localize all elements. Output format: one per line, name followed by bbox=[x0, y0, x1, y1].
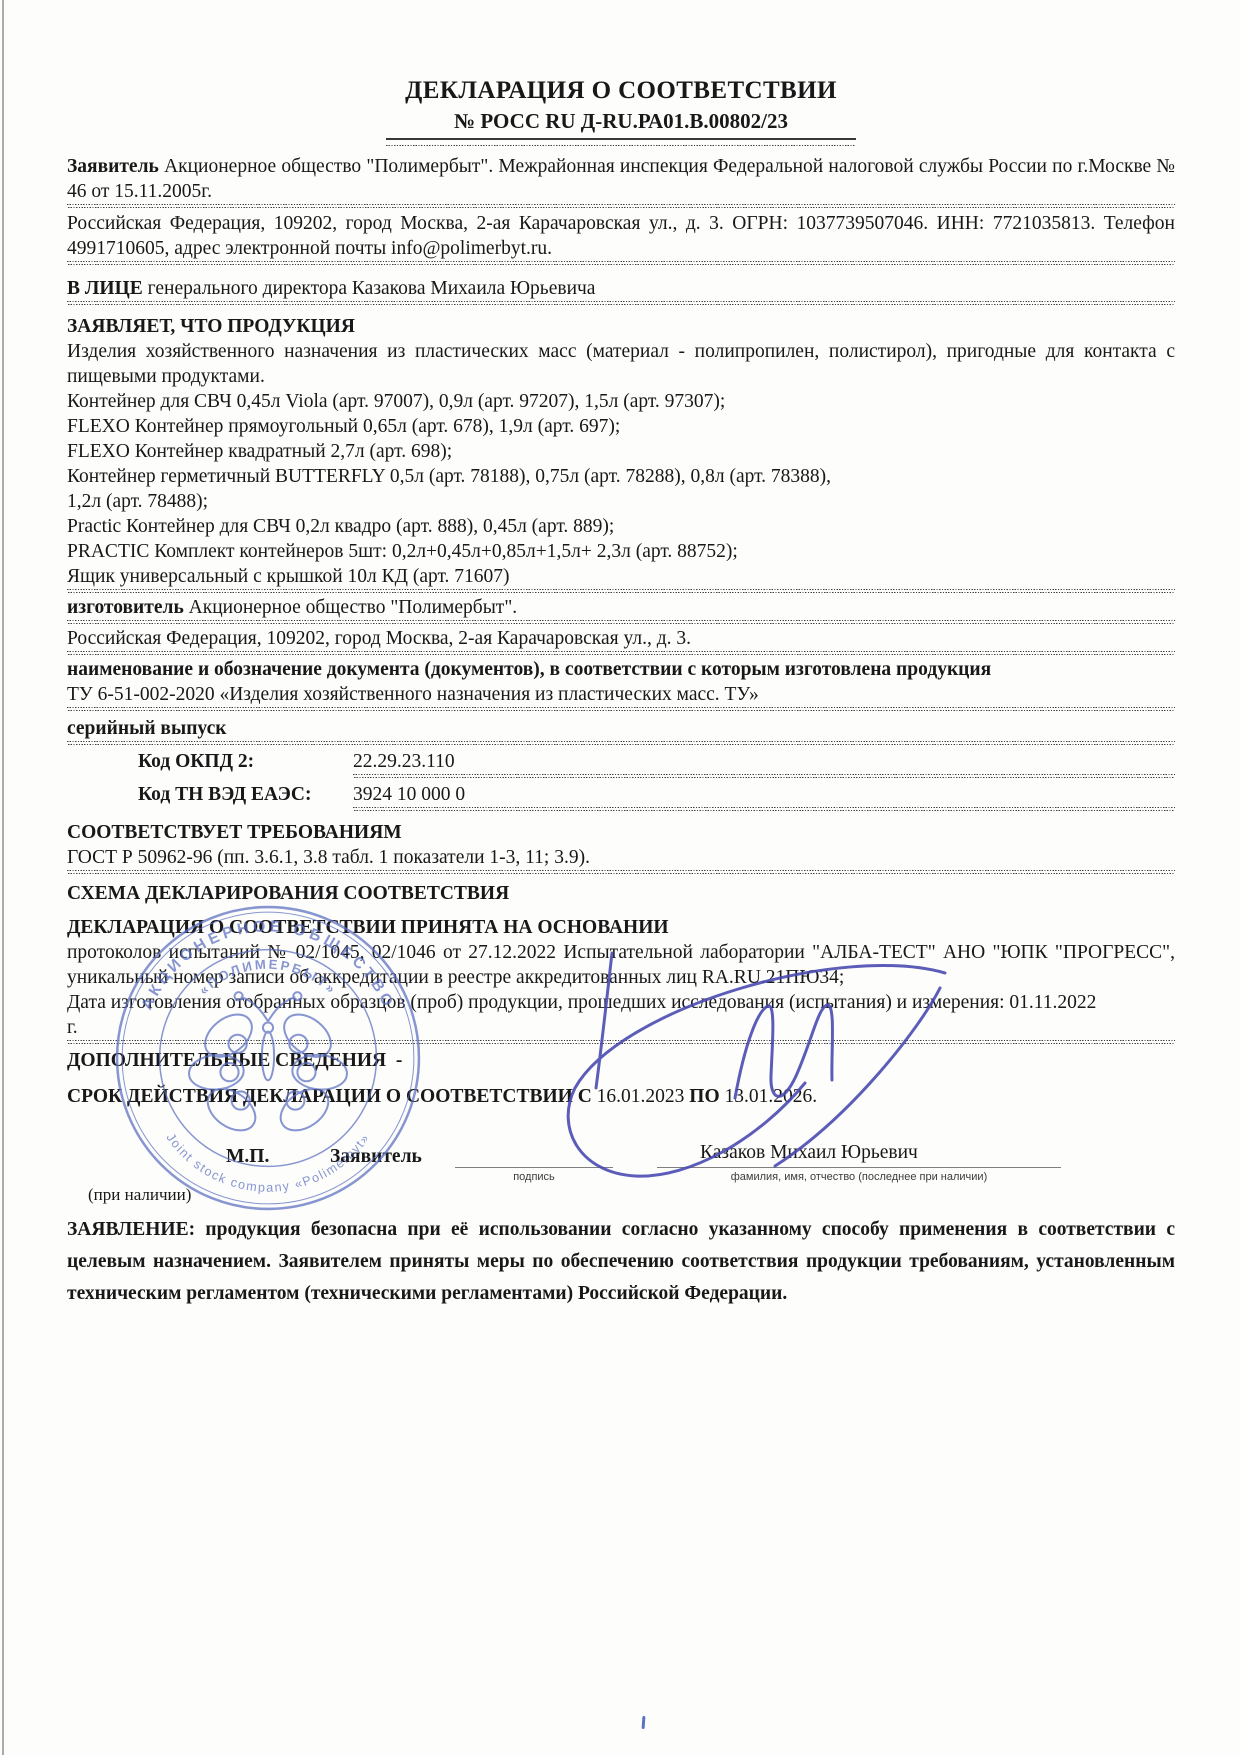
statement-label: ЗАЯВЛЕНИЕ: bbox=[67, 1219, 195, 1240]
product-line: FLEXO Контейнер квадратный 2,7л (арт. 69… bbox=[67, 439, 1175, 464]
statement-paragraph: ЗАЯВЛЕНИЕ: продукция безопасна при её ис… bbox=[67, 1214, 1175, 1310]
product-line: FLEXO Контейнер прямоугольный 0,65л (арт… bbox=[67, 414, 1175, 439]
validity-from-date: 16.01.2023 bbox=[597, 1086, 685, 1107]
validity-po: ПО bbox=[689, 1086, 719, 1107]
serial-release: серийный выпуск bbox=[67, 716, 1175, 745]
declares-heading: ЗАЯВЛЯЕТ, ЧТО ПРОДУКЦИЯ bbox=[67, 314, 1175, 339]
ink-mark-artifact bbox=[642, 1716, 646, 1729]
docs-value: ТУ 6-51-002-2020 «Изделия хозяйственного… bbox=[67, 682, 1175, 711]
basis-protocols: протоколов испытаний № 02/1045, 02/1046 … bbox=[67, 940, 1175, 990]
validity-line: СРОК ДЕЙСТВИЯ ДЕКЛАРАЦИИ О СООТВЕТСТВИИ … bbox=[67, 1084, 817, 1109]
product-line: Контейнер герметичный BUTTERFLY 0,5л (ар… bbox=[67, 464, 1175, 489]
okpd-value: 22.29.23.110 bbox=[353, 749, 1175, 778]
okpd-code-row: Код ОКПД 2: 22.29.23.110 bbox=[67, 749, 1175, 778]
product-line: Practic Контейнер для СВЧ 0,2л квадро (а… bbox=[67, 514, 1175, 539]
validity-prefix: СРОК ДЕЙСТВИЯ ДЕКЛАРАЦИИ О СООТВЕТСТВИИ … bbox=[67, 1086, 592, 1107]
manufacturer-label: изготовитель bbox=[67, 597, 184, 618]
okpd-label: Код ОКПД 2: bbox=[67, 749, 353, 778]
compliance-heading: СООТВЕТСТВУЕТ ТРЕБОВАНИЯМ bbox=[67, 820, 1175, 845]
signature-rule bbox=[455, 1167, 613, 1168]
product-description: Изделия хозяйственного назначения из пла… bbox=[67, 339, 1175, 389]
applicant-label: Заявитель bbox=[67, 156, 159, 177]
tnved-label: Код ТН ВЭД ЕАЭС: bbox=[67, 782, 353, 811]
declaration-document-page: ДЕКЛАРАЦИЯ О СООТВЕТСТВИИ № РОСС RU Д-RU… bbox=[0, 0, 1240, 1755]
additional-info-heading: ДОПОЛНИТЕЛЬНЫЕ СВЕДЕНИЯ - bbox=[67, 1048, 402, 1073]
signer-name: Казаков Михаил Юрьевич bbox=[700, 1140, 918, 1165]
compliance-text: ГОСТ Р 50962-96 (пп. 3.6.1, 3.8 табл. 1 … bbox=[67, 845, 1175, 874]
declaration-number: № РОСС RU Д-RU.РА01.В.00802/23 bbox=[67, 108, 1175, 135]
tnved-value: 3924 10 000 0 bbox=[353, 782, 1175, 811]
in-person-label: В ЛИЦЕ bbox=[67, 278, 143, 299]
basis-sample-date: Дата изготовления отобранных образцов (п… bbox=[67, 990, 1175, 1015]
mp-label: М.П. bbox=[226, 1144, 269, 1169]
manufacturer-paragraph: изготовитель Акционерное общество "Полим… bbox=[67, 595, 1175, 624]
signer-name-rule bbox=[657, 1167, 1061, 1168]
applicant-text: Акционерное общество "Полимербыт". Межра… bbox=[67, 156, 1175, 202]
validity-to-date: 13.01.2026. bbox=[725, 1086, 818, 1107]
in-person-paragraph: В ЛИЦЕ генерального директора Казакова М… bbox=[67, 276, 1175, 305]
product-line: PRACTIC Комплект контейнеров 5шт: 0,2л+0… bbox=[67, 539, 1175, 564]
in-person-text: генерального директора Казакова Михаила … bbox=[148, 278, 596, 299]
scan-edge-artifact bbox=[2, 0, 4, 1755]
basis-heading: ДЕКЛАРАЦИЯ О СООТВЕТСТВИИ ПРИНЯТА НА ОСН… bbox=[67, 915, 1175, 940]
product-line: Контейнер для СВЧ 0,45л Viola (арт. 9700… bbox=[67, 389, 1175, 414]
additional-info-label: ДОПОЛНИТЕЛЬНЫЕ СВЕДЕНИЯ bbox=[67, 1050, 386, 1071]
applicant-address: Российская Федерация, 109202, город Моск… bbox=[67, 211, 1175, 265]
statement-text: продукция безопасна при её использовании… bbox=[67, 1219, 1175, 1304]
basis-sample-date-tail: г. bbox=[67, 1015, 1175, 1044]
product-line: Ящик универсальный с крышкой 10л КД (арт… bbox=[67, 564, 1175, 593]
additional-info-value: - bbox=[396, 1050, 403, 1071]
product-line: 1,2л (арт. 78488); bbox=[67, 489, 1175, 514]
applicant-sign-label: Заявитель bbox=[330, 1144, 422, 1169]
number-underline bbox=[386, 138, 856, 146]
if-available-note: (при наличии) bbox=[88, 1182, 191, 1207]
signer-name-caption: фамилия, имя, отчество (последнее при на… bbox=[657, 1171, 1061, 1183]
signature-caption: подпись bbox=[455, 1171, 613, 1183]
docs-heading: наименование и обозначение документа (до… bbox=[67, 657, 1175, 682]
scheme-heading: СХЕМА ДЕКЛАРИРОВАНИЯ СООТВЕТСТВИЯ bbox=[67, 881, 1175, 906]
tnved-code-row: Код ТН ВЭД ЕАЭС: 3924 10 000 0 bbox=[67, 782, 1175, 811]
manufacturer-text: Акционерное общество "Полимербыт". bbox=[189, 597, 518, 618]
document-title: ДЕКЛАРАЦИЯ О СООТВЕТСТВИИ bbox=[67, 76, 1175, 106]
document-content: ДЕКЛАРАЦИЯ О СООТВЕТСТВИИ № РОСС RU Д-RU… bbox=[67, 0, 1175, 1044]
applicant-paragraph: Заявитель Акционерное общество "Полимерб… bbox=[67, 154, 1175, 208]
manufacturer-address: Российская Федерация, 109202, город Моск… bbox=[67, 626, 1175, 655]
